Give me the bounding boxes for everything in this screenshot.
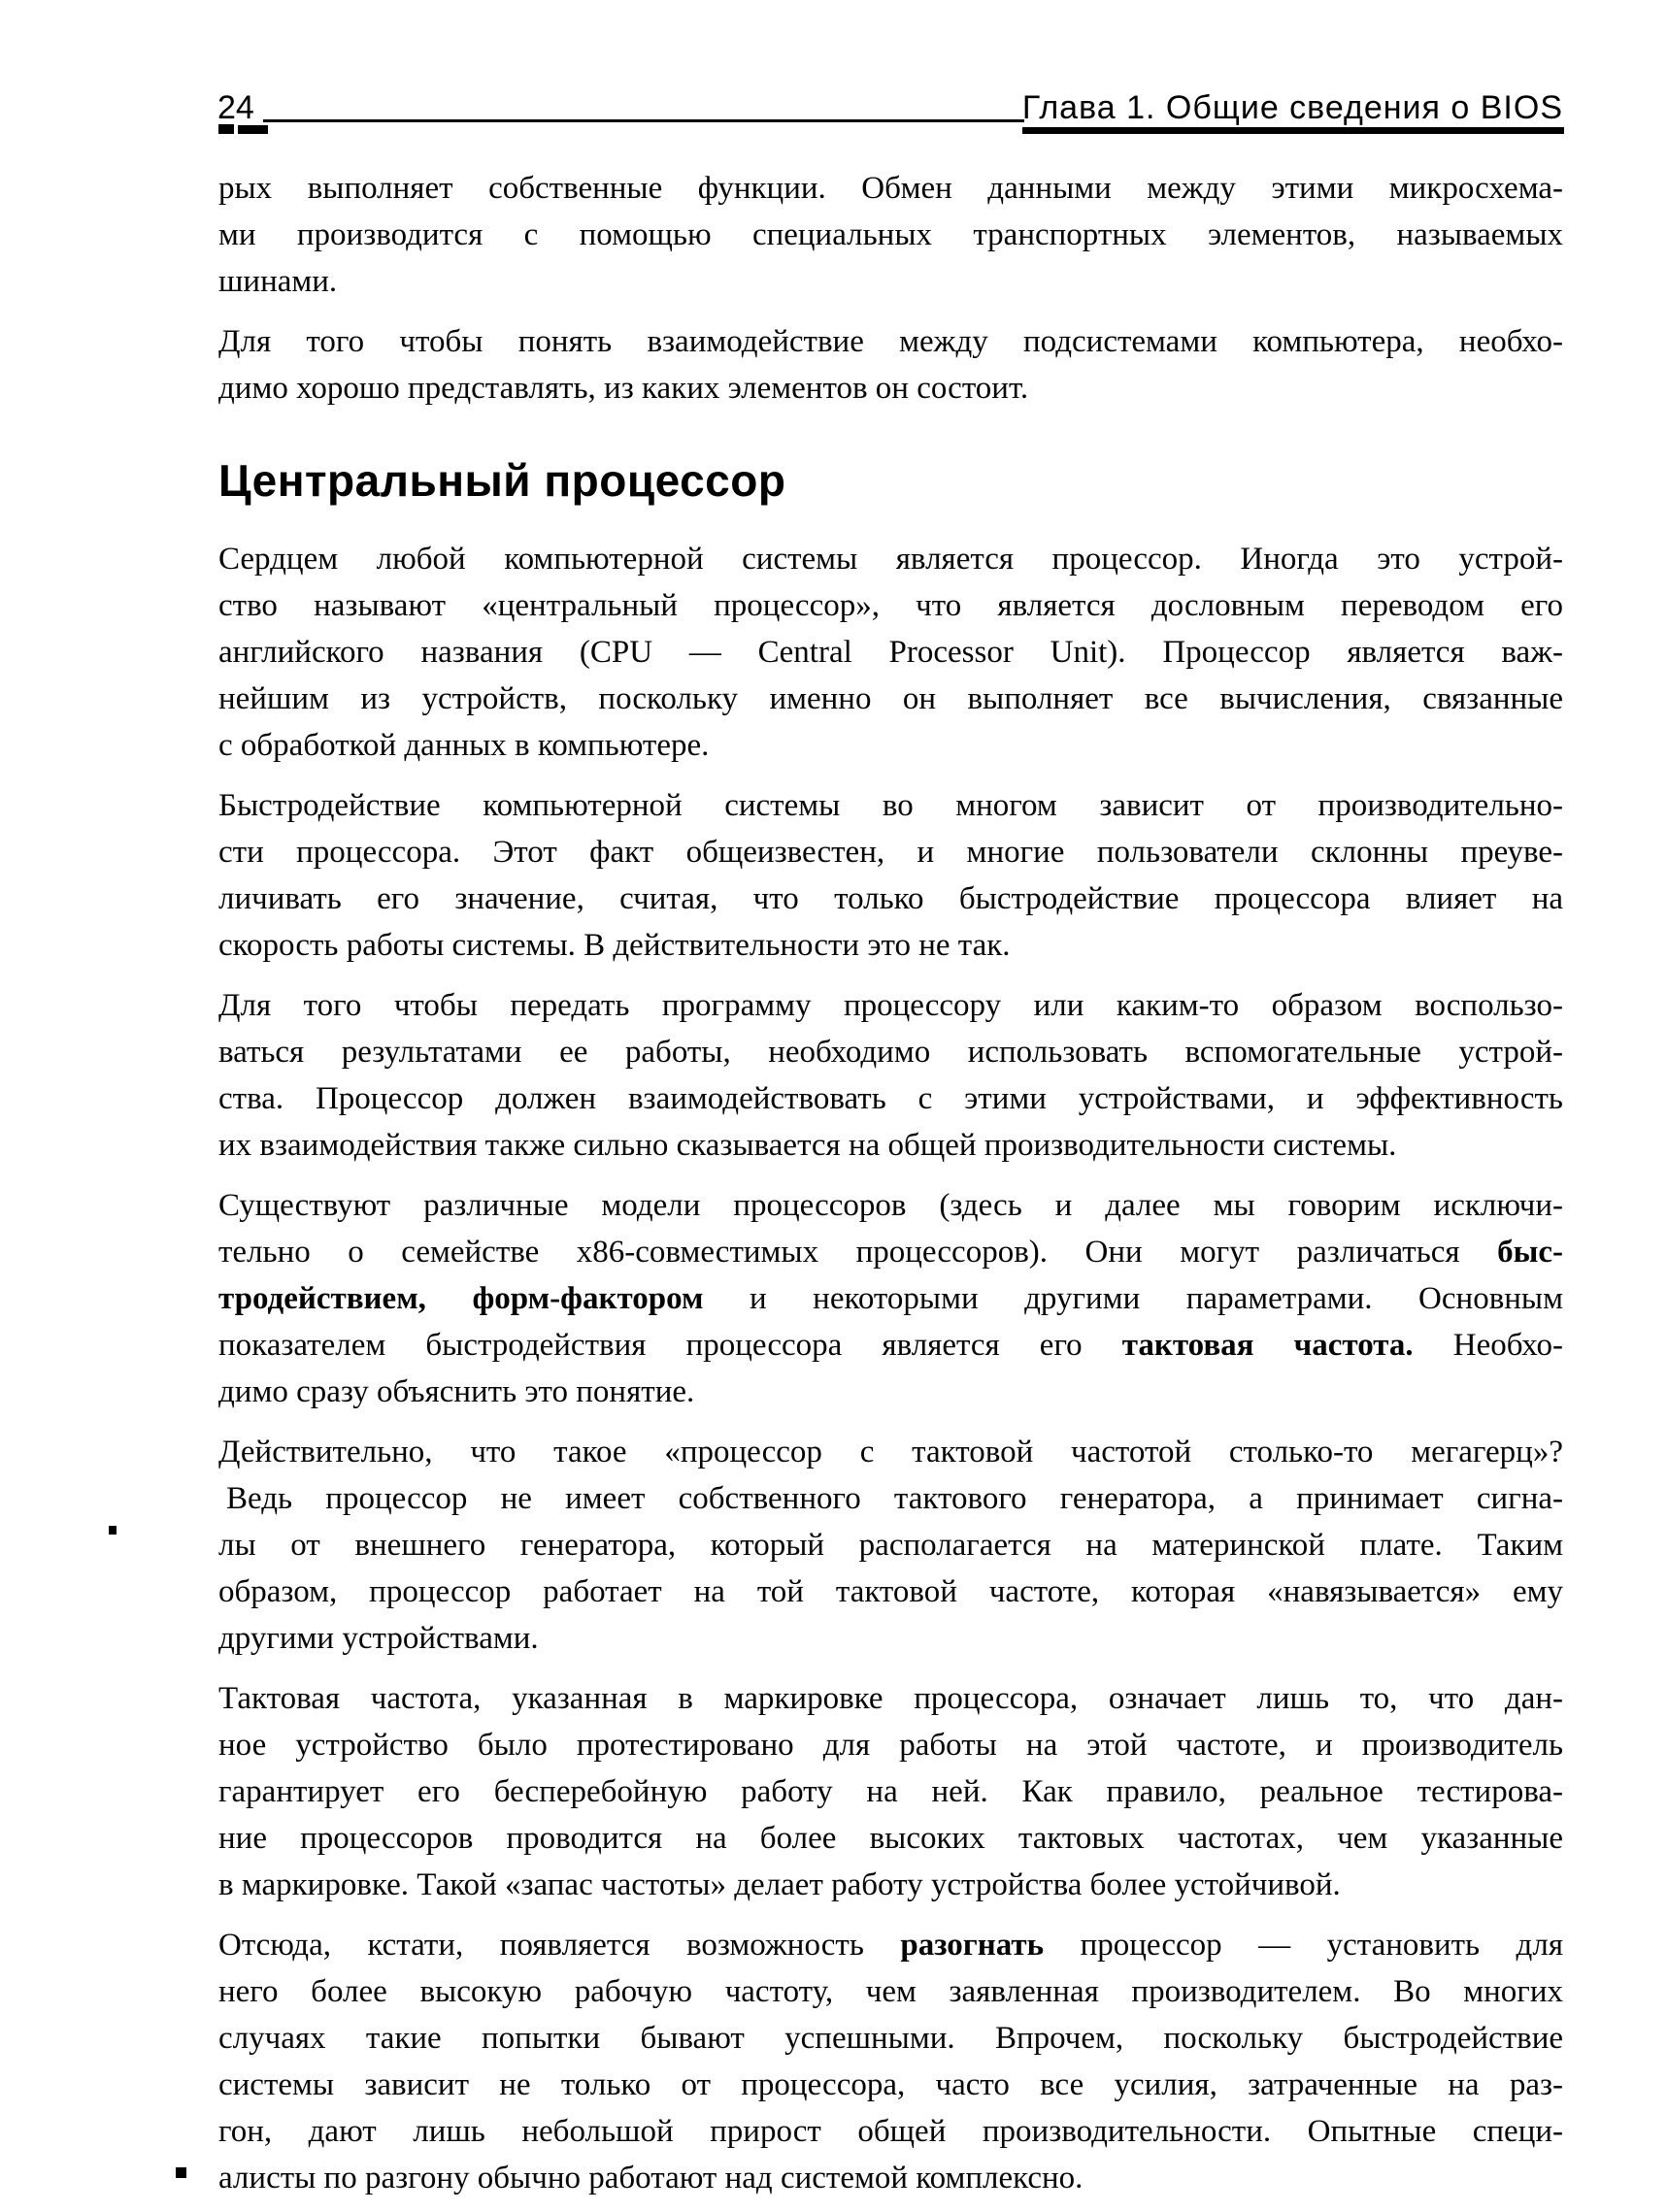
paragraph: Существуют различные модели процессоров … <box>218 1182 1563 1415</box>
text-run: Необхо- <box>1414 1328 1563 1363</box>
text-line: рых выполняет собственные функции. Обмен… <box>218 165 1563 212</box>
text-run: нейшим из устройств, поскольку именно он… <box>218 681 1563 716</box>
text-line: ми производится с помощью специальных тр… <box>218 212 1563 258</box>
text-line: Существуют различные модели процессоров … <box>218 1182 1563 1229</box>
text-line: случаях такие попытки бывают успешными. … <box>218 2015 1563 2062</box>
text-line: ваться результатами ее работы, необходим… <box>218 1029 1563 1075</box>
scan-artifact-dot <box>109 1526 117 1535</box>
text-line: с обработкой данных в компьютере. <box>218 722 1563 769</box>
text-line: него более высокую рабочую частоту, чем … <box>218 1968 1563 2015</box>
text-run: Сердцем любой компьютерной системы являе… <box>218 542 1563 577</box>
text-run: сти процессора. Этот факт общеизвестен, … <box>218 835 1563 870</box>
text-line: Быстродействие компьютерной системы во м… <box>218 782 1563 829</box>
text-line: другими устройствами. <box>218 1615 1563 1662</box>
text-line: их взаимодействия также сильно сказывает… <box>218 1122 1563 1169</box>
header-rule-thick <box>1022 127 1564 134</box>
text-line: образом, процессор работает на той такто… <box>218 1568 1563 1615</box>
text-line: показателем быстродействия процессора яв… <box>218 1322 1563 1369</box>
text-run: английского названия (CPU — Central Proc… <box>218 635 1563 670</box>
text-run: димо хорошо представлять, из каких элеме… <box>218 371 1028 406</box>
text-line: личивать его значение, считая, что тольк… <box>218 875 1563 922</box>
book-page: 24 Глава 1. Общие сведения о BIOS рых вы… <box>0 0 1667 2212</box>
text-line: нейшим из устройств, поскольку именно он… <box>218 676 1563 722</box>
text-line: димо сразу объяснить это понятие. <box>218 1369 1563 1415</box>
text-line: Для того чтобы понять взаимодействие меж… <box>218 318 1563 365</box>
section-heading: Центральный процессор <box>218 454 1563 507</box>
bold-text-run: тактовая частота. <box>1122 1328 1414 1363</box>
text-line: тельно о семействе х86-совместимых проце… <box>218 1229 1563 1275</box>
text-run: димо сразу объяснить это понятие. <box>218 1374 694 1409</box>
text-line: димо хорошо представлять, из каких элеме… <box>218 365 1563 412</box>
text-line: ства. Процессор должен взаимодействовать… <box>218 1075 1563 1122</box>
text-run: гон, дают лишь небольшой прирост общей п… <box>218 2114 1563 2149</box>
text-line: Для того чтобы передать программу процес… <box>218 982 1563 1029</box>
text-run: Действительно, что такое «процессор с та… <box>218 1435 1563 1469</box>
text-line: Действительно, что такое «процессор с та… <box>218 1429 1563 1475</box>
text-run: случаях такие попытки бывают успешными. … <box>218 2021 1563 2056</box>
text-run: ваться результатами ее работы, необходим… <box>218 1035 1563 1070</box>
text-line: системы зависит не только от процессора,… <box>218 2062 1563 2108</box>
text-line: тродействием, форм-фактором и некоторыми… <box>218 1275 1563 1322</box>
text-line: Ведь процессор не имеет собственного так… <box>218 1475 1563 1522</box>
text-run: Существуют различные модели процессоров … <box>218 1188 1563 1223</box>
text-line: алисты по разгону обычно работают над си… <box>218 2155 1563 2201</box>
text-line: лы от внешнего генератора, который распо… <box>218 1522 1563 1568</box>
text-run: гарантирует его бесперебойную работу на … <box>218 1774 1563 1809</box>
text-run: него более высокую рабочую частоту, чем … <box>218 1974 1563 2009</box>
text-run: другими устройствами. <box>218 1621 539 1656</box>
text-run: рых выполняет собственные функции. Обмен… <box>218 171 1563 206</box>
page-body: рых выполняет собственные функции. Обмен… <box>218 165 1563 2212</box>
text-line: шинами. <box>218 258 1563 305</box>
text-run: системы зависит не только от процессора,… <box>218 2067 1563 2102</box>
text-line: в маркировке. Такой «запас частоты» дела… <box>218 1862 1563 1908</box>
text-line: Тактовая частота, указанная в маркировке… <box>218 1675 1563 1722</box>
text-line: Сердцем любой компьютерной системы являе… <box>218 536 1563 582</box>
bold-text-run: тродействием, форм-фактором <box>218 1281 703 1316</box>
paragraph: Действительно, что такое «процессор с та… <box>218 1429 1563 1662</box>
scan-artifact-dot <box>176 2167 186 2178</box>
text-line: гон, дают лишь небольшой прирост общей п… <box>218 2108 1563 2155</box>
paragraph: рых выполняет собственные функции. Обмен… <box>218 165 1563 305</box>
text-run: алисты по разгону обычно работают над си… <box>218 2161 1083 2195</box>
text-run: тельно о семействе х86-совместимых проце… <box>218 1235 1497 1270</box>
paragraph: Сердцем любой компьютерной системы являе… <box>218 536 1563 769</box>
bold-text-run: быс- <box>1497 1235 1563 1270</box>
bold-text-run: разогнать <box>900 1928 1044 1963</box>
paragraph: Отсюда, кстати, появляется возможность р… <box>218 1922 1563 2201</box>
paragraph: Для того чтобы передать программу процес… <box>218 982 1563 1169</box>
text-run: Тактовая частота, указанная в маркировке… <box>218 1681 1563 1716</box>
text-line: ство называют «центральный процессор», ч… <box>218 582 1563 629</box>
running-chapter-title: Глава 1. Общие сведения о BIOS <box>1022 91 1563 124</box>
text-run: их взаимодействия также сильно сказывает… <box>218 1128 1396 1163</box>
scan-artifact-blob <box>218 124 234 134</box>
text-line: сти процессора. Этот факт общеизвестен, … <box>218 829 1563 875</box>
text-run: личивать его значение, считая, что тольк… <box>218 881 1563 916</box>
scan-artifact-blob <box>238 125 268 134</box>
text-run: Для того чтобы передать программу процес… <box>218 988 1563 1023</box>
text-line: английского названия (CPU — Central Proc… <box>218 629 1563 676</box>
text-run: в маркировке. Такой «запас частоты» дела… <box>218 1867 1341 1902</box>
text-run: ние процессоров проводится на более высо… <box>218 1821 1563 1856</box>
text-run: Отсюда, кстати, появляется возможность <box>218 1928 900 1963</box>
text-line: ние процессоров проводится на более высо… <box>218 1815 1563 1862</box>
text-run: Ведь процессор не имеет собственного так… <box>226 1481 1563 1516</box>
text-run: и некоторыми другими параметрами. Основн… <box>703 1281 1563 1316</box>
text-run: показателем быстродействия процессора яв… <box>218 1328 1122 1363</box>
text-run: ство называют «центральный процессор», ч… <box>218 588 1563 623</box>
text-run: скорость работы системы. В действительно… <box>218 928 1011 963</box>
paragraph: Тактовая частота, указанная в маркировке… <box>218 1675 1563 1908</box>
text-run: шинами. <box>218 264 337 299</box>
text-run: ное устройство было протестировано для р… <box>218 1728 1563 1763</box>
text-run: Для того чтобы понять взаимодействие меж… <box>218 324 1563 359</box>
text-run: образом, процессор работает на той такто… <box>218 1574 1563 1609</box>
text-run: Быстродействие компьютерной системы во м… <box>218 788 1563 823</box>
text-run: с обработкой данных в компьютере. <box>218 728 709 763</box>
header-rule-thin <box>263 119 1024 122</box>
page-number: 24 <box>217 91 254 124</box>
text-run: ства. Процессор должен взаимодействовать… <box>218 1081 1563 1116</box>
text-line: Отсюда, кстати, появляется возможность р… <box>218 1922 1563 1968</box>
text-run: лы от внешнего генератора, который распо… <box>218 1528 1563 1563</box>
text-line: скорость работы системы. В действительно… <box>218 922 1563 969</box>
text-line: гарантирует его бесперебойную работу на … <box>218 1768 1563 1815</box>
text-run: ми производится с помощью специальных тр… <box>218 217 1563 252</box>
paragraph: Для того чтобы понять взаимодействие меж… <box>218 318 1563 412</box>
paragraph: Быстродействие компьютерной системы во м… <box>218 782 1563 969</box>
text-run: процессор — установить для <box>1044 1928 1563 1963</box>
text-line: ное устройство было протестировано для р… <box>218 1722 1563 1768</box>
